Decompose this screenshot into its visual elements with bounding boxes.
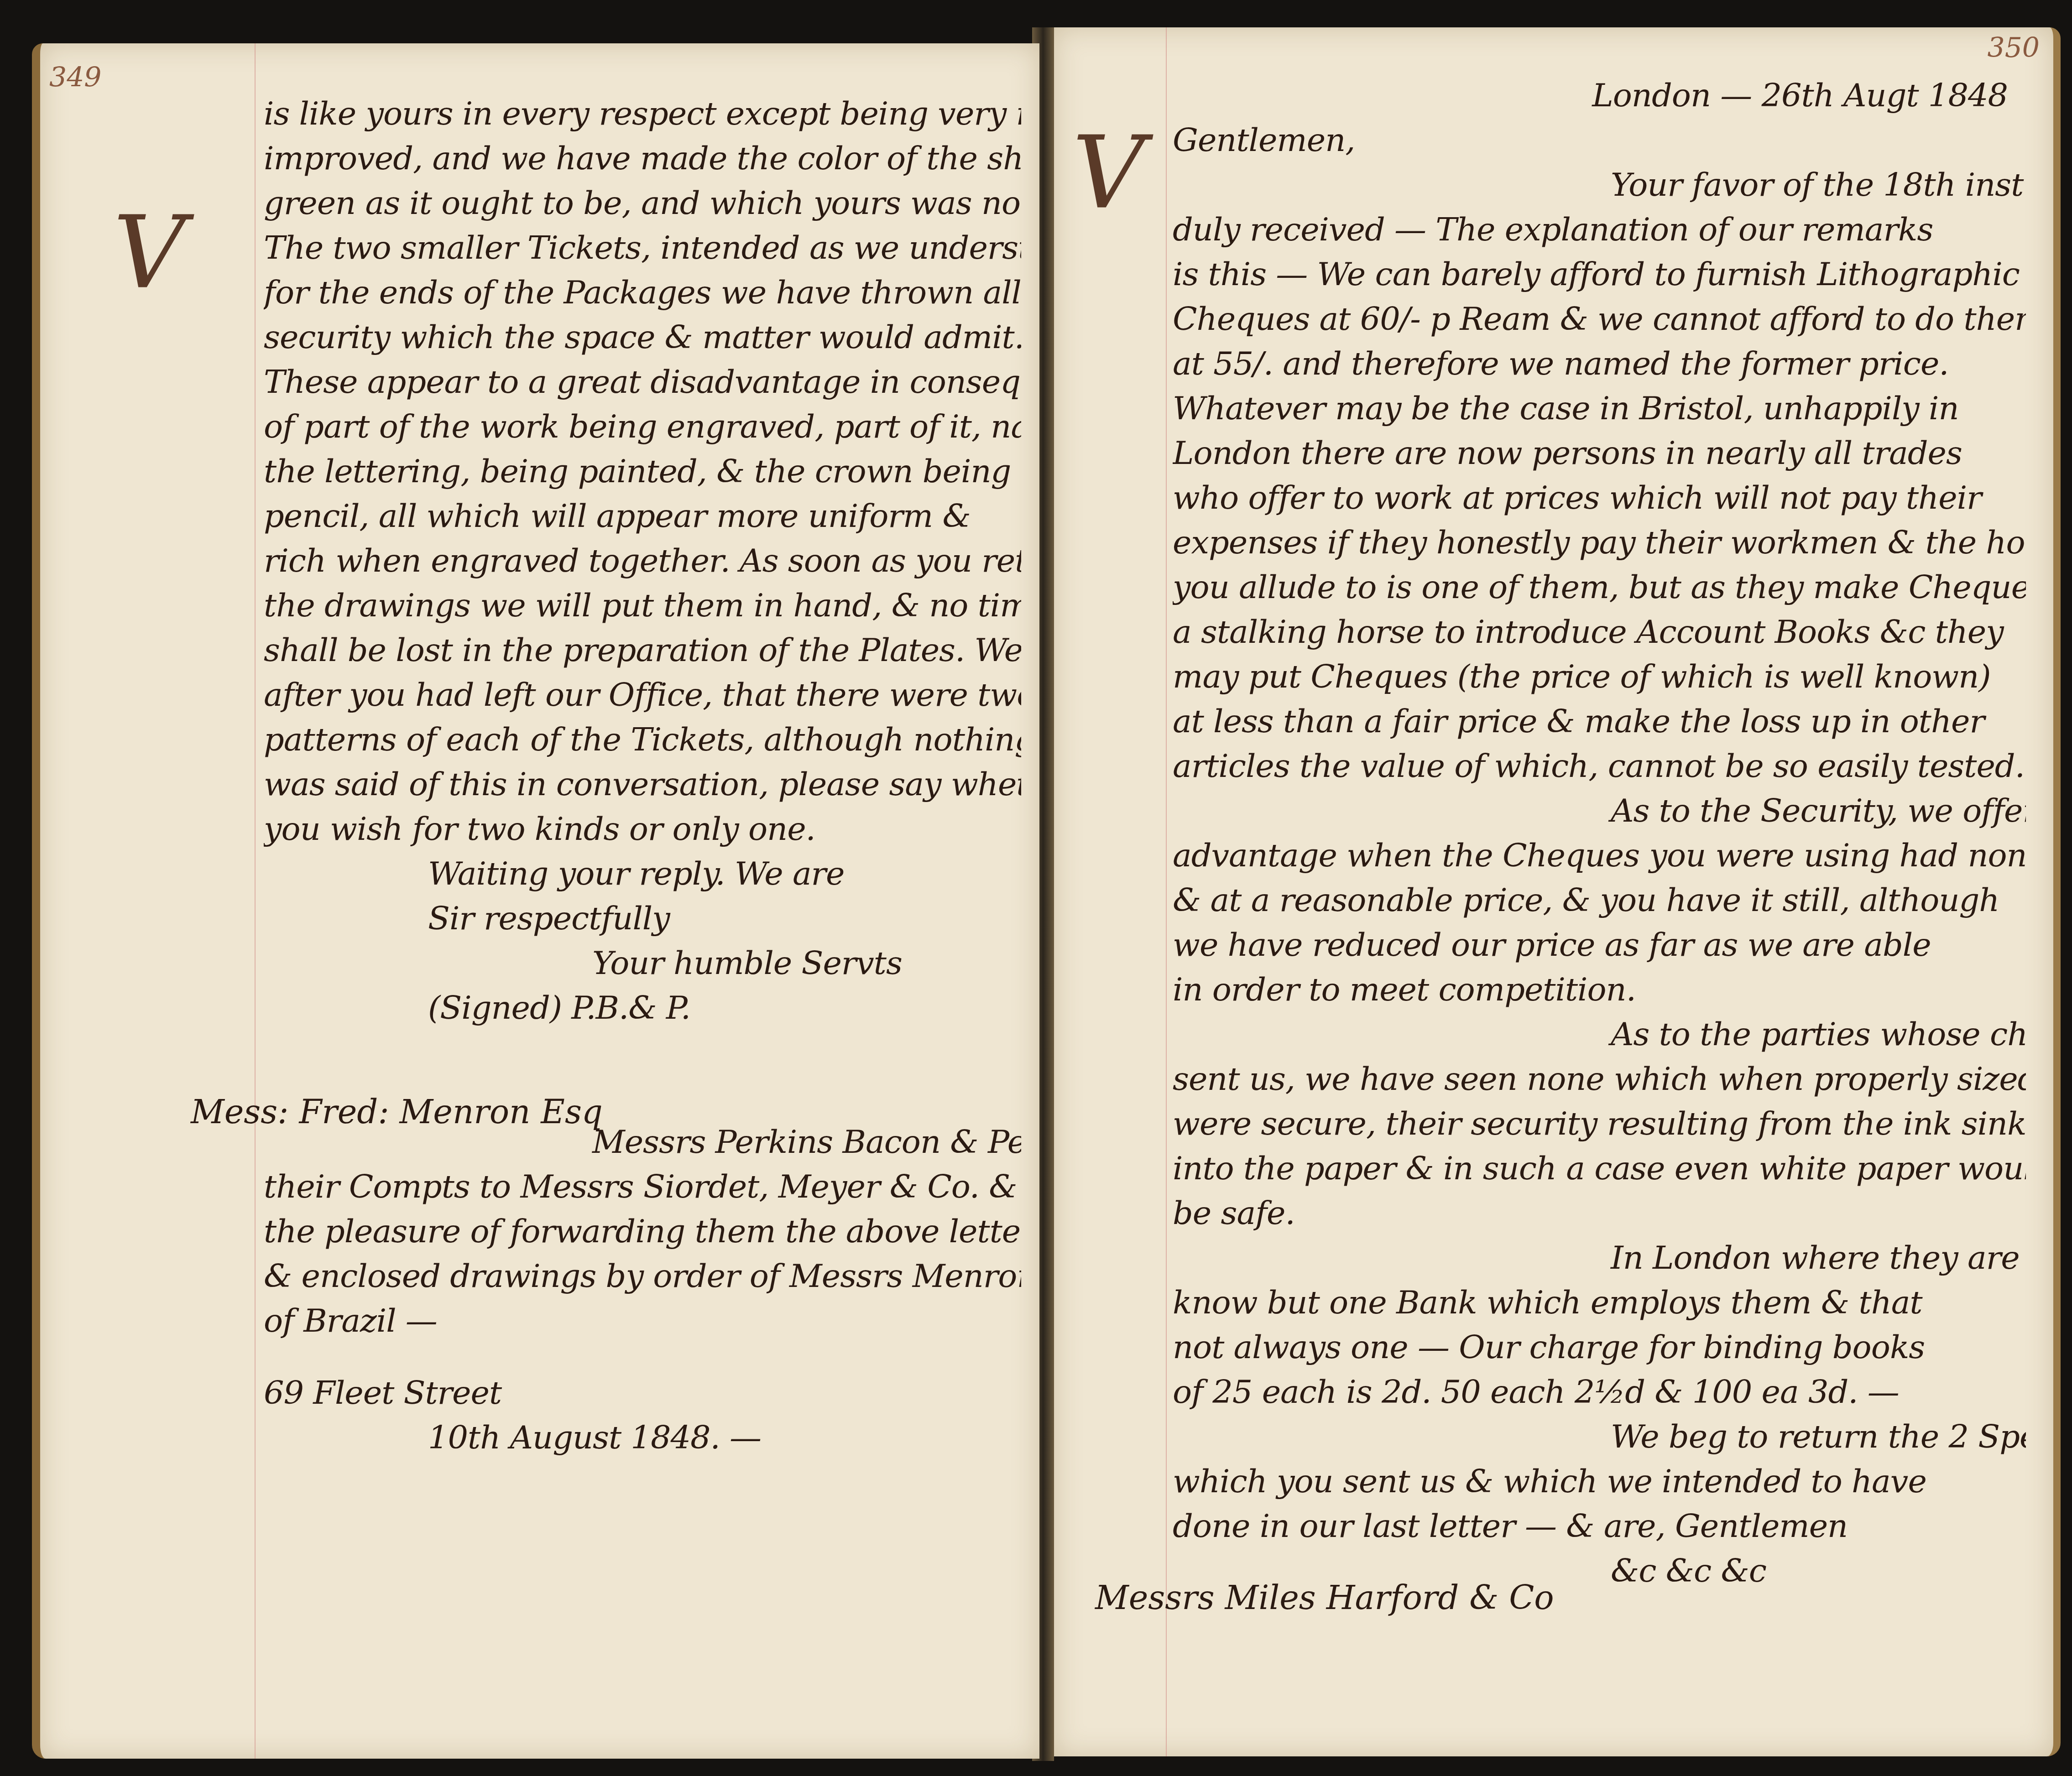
letter-body: London — 26th Augt 1848 Gentlemen, Your … (1173, 73, 2026, 1593)
text-line: pencil, all which will appear more unifo… (264, 494, 1021, 538)
text-line: As to the Security, we offered you this (1173, 788, 2026, 833)
page-number: 349 (49, 62, 102, 94)
address-line: 69 Fleet Street (264, 1370, 1021, 1415)
margin-rule (255, 43, 256, 1759)
salutation: Gentlemen, (1173, 118, 2026, 162)
check-mark-icon: V (113, 194, 186, 311)
text-line: We beg to return the 2 Specimen Cheques (1173, 1414, 2026, 1459)
text-line: The two smaller Tickets, intended as we … (264, 225, 1021, 270)
text-line: was said of this in conversation, please… (264, 762, 1021, 807)
text-line: Your favor of the 18th inst. has been (1173, 162, 2026, 207)
text-line: of part of the work being engraved, part… (264, 404, 1021, 449)
page-number: 350 (1987, 32, 2040, 64)
text-line: sent us, we have seen none which when pr… (1173, 1057, 2026, 1101)
text-line: green as it ought to be, and which yours… (264, 181, 1021, 225)
text-line: In London where they are known, we (1173, 1235, 2026, 1280)
note-line: of Brazil — (264, 1298, 1021, 1343)
text-line: Whatever may be the case in Bristol, unh… (1173, 386, 2026, 431)
check-mark-icon: V (1072, 114, 1145, 231)
left-page: 349 V is like yours in every respect exc… (32, 43, 1039, 1759)
text-line: the lettering, being painted, & the crow… (264, 449, 1021, 494)
closing-line: Your humble Servts (264, 941, 1021, 985)
closing-line: Sir respectfully (264, 896, 1021, 941)
text-line: articles the value of which, cannot be s… (1173, 744, 2026, 788)
dateline: London — 26th Augt 1848 (1173, 73, 2026, 118)
text-line: security which the space & matter would … (264, 315, 1021, 359)
text-line: rich when engraved together. As soon as … (264, 538, 1021, 583)
text-line: As to the parties whose cheques you (1173, 1012, 2026, 1057)
text-line: patterns of each of the Tickets, althoug… (264, 717, 1021, 762)
text-line: expenses if they honestly pay their work… (1173, 520, 2026, 565)
text-line: Cheques at 60/- p Ream & we cannot affor… (1173, 297, 2026, 341)
text-line: of 25 each is 2d. 50 each 2½d & 100 ea 3… (1173, 1370, 2026, 1414)
text-line: we have reduced our price as far as we a… (1173, 922, 2026, 967)
note-line: the pleasure of forwarding them the abov… (264, 1209, 1021, 1254)
text-line: is like yours in every respect except be… (264, 91, 1021, 136)
date-line: 10th August 1848. — (264, 1415, 1021, 1460)
addressee: Messrs Miles Harford & Co (1095, 1578, 1554, 1617)
text-line: advantage when the Cheques you were usin… (1173, 833, 2026, 878)
text-line: at less than a fair price & make the los… (1173, 699, 2026, 744)
letter-body: is like yours in every respect except be… (264, 91, 1021, 1460)
margin-rule (1166, 27, 1167, 1756)
signature: (Signed) P.B.& P. (264, 985, 1021, 1030)
text-line: at 55/. and therefore we named the forme… (1173, 341, 2026, 386)
right-page: 350 V London — 26th Augt 1848 Gentlemen,… (1054, 27, 2061, 1756)
text-line: which you sent us & which we intended to… (1173, 1459, 2026, 1504)
text-line: in order to meet competition. (1173, 967, 2026, 1012)
text-line: & at a reasonable price, & you have it s… (1173, 878, 2026, 922)
text-line: done in our last letter — & are, Gentlem… (1173, 1504, 2026, 1548)
text-line: you allude to is one of them, but as the… (1173, 565, 2026, 609)
text-line: for the ends of the Packages we have thr… (264, 270, 1021, 315)
text-line: into the paper & in such a case even whi… (1173, 1146, 2026, 1191)
text-line: the drawings we will put them in hand, &… (264, 583, 1021, 628)
addressee: Mess: Fred: Menron Esq (191, 1093, 603, 1131)
text-line: duly received — The explanation of our r… (1173, 207, 2026, 252)
text-line: These appear to a great disadvantage in … (264, 359, 1021, 404)
text-line: London there are now persons in nearly a… (1173, 431, 2026, 475)
note-line: their Compts to Messrs Siordet, Meyer & … (264, 1164, 1021, 1209)
text-line: after you had left our Office, that ther… (264, 672, 1021, 717)
text-line: improved, and we have made the color of … (264, 136, 1021, 181)
text-line: know but one Bank which employs them & t… (1173, 1280, 2026, 1325)
text-line: be safe. (1173, 1191, 2026, 1235)
text-line: is this — We can barely afford to furnis… (1173, 252, 2026, 297)
text-line: may put Cheques (the price of which is w… (1173, 654, 2026, 699)
text-line: were secure, their security resulting fr… (1173, 1101, 2026, 1146)
text-line: not always one — Our charge for binding … (1173, 1325, 2026, 1370)
note-line: & enclosed drawings by order of Messrs M… (264, 1254, 1021, 1298)
text-line: who offer to work at prices which will n… (1173, 475, 2026, 520)
text-line: shall be lost in the preparation of the … (264, 628, 1021, 672)
text-line: a stalking horse to introduce Account Bo… (1173, 609, 2026, 654)
closing-line: Waiting your reply. We are (264, 851, 1021, 896)
spacer (264, 1343, 1021, 1370)
text-line: you wish for two kinds or only one. (264, 807, 1021, 851)
